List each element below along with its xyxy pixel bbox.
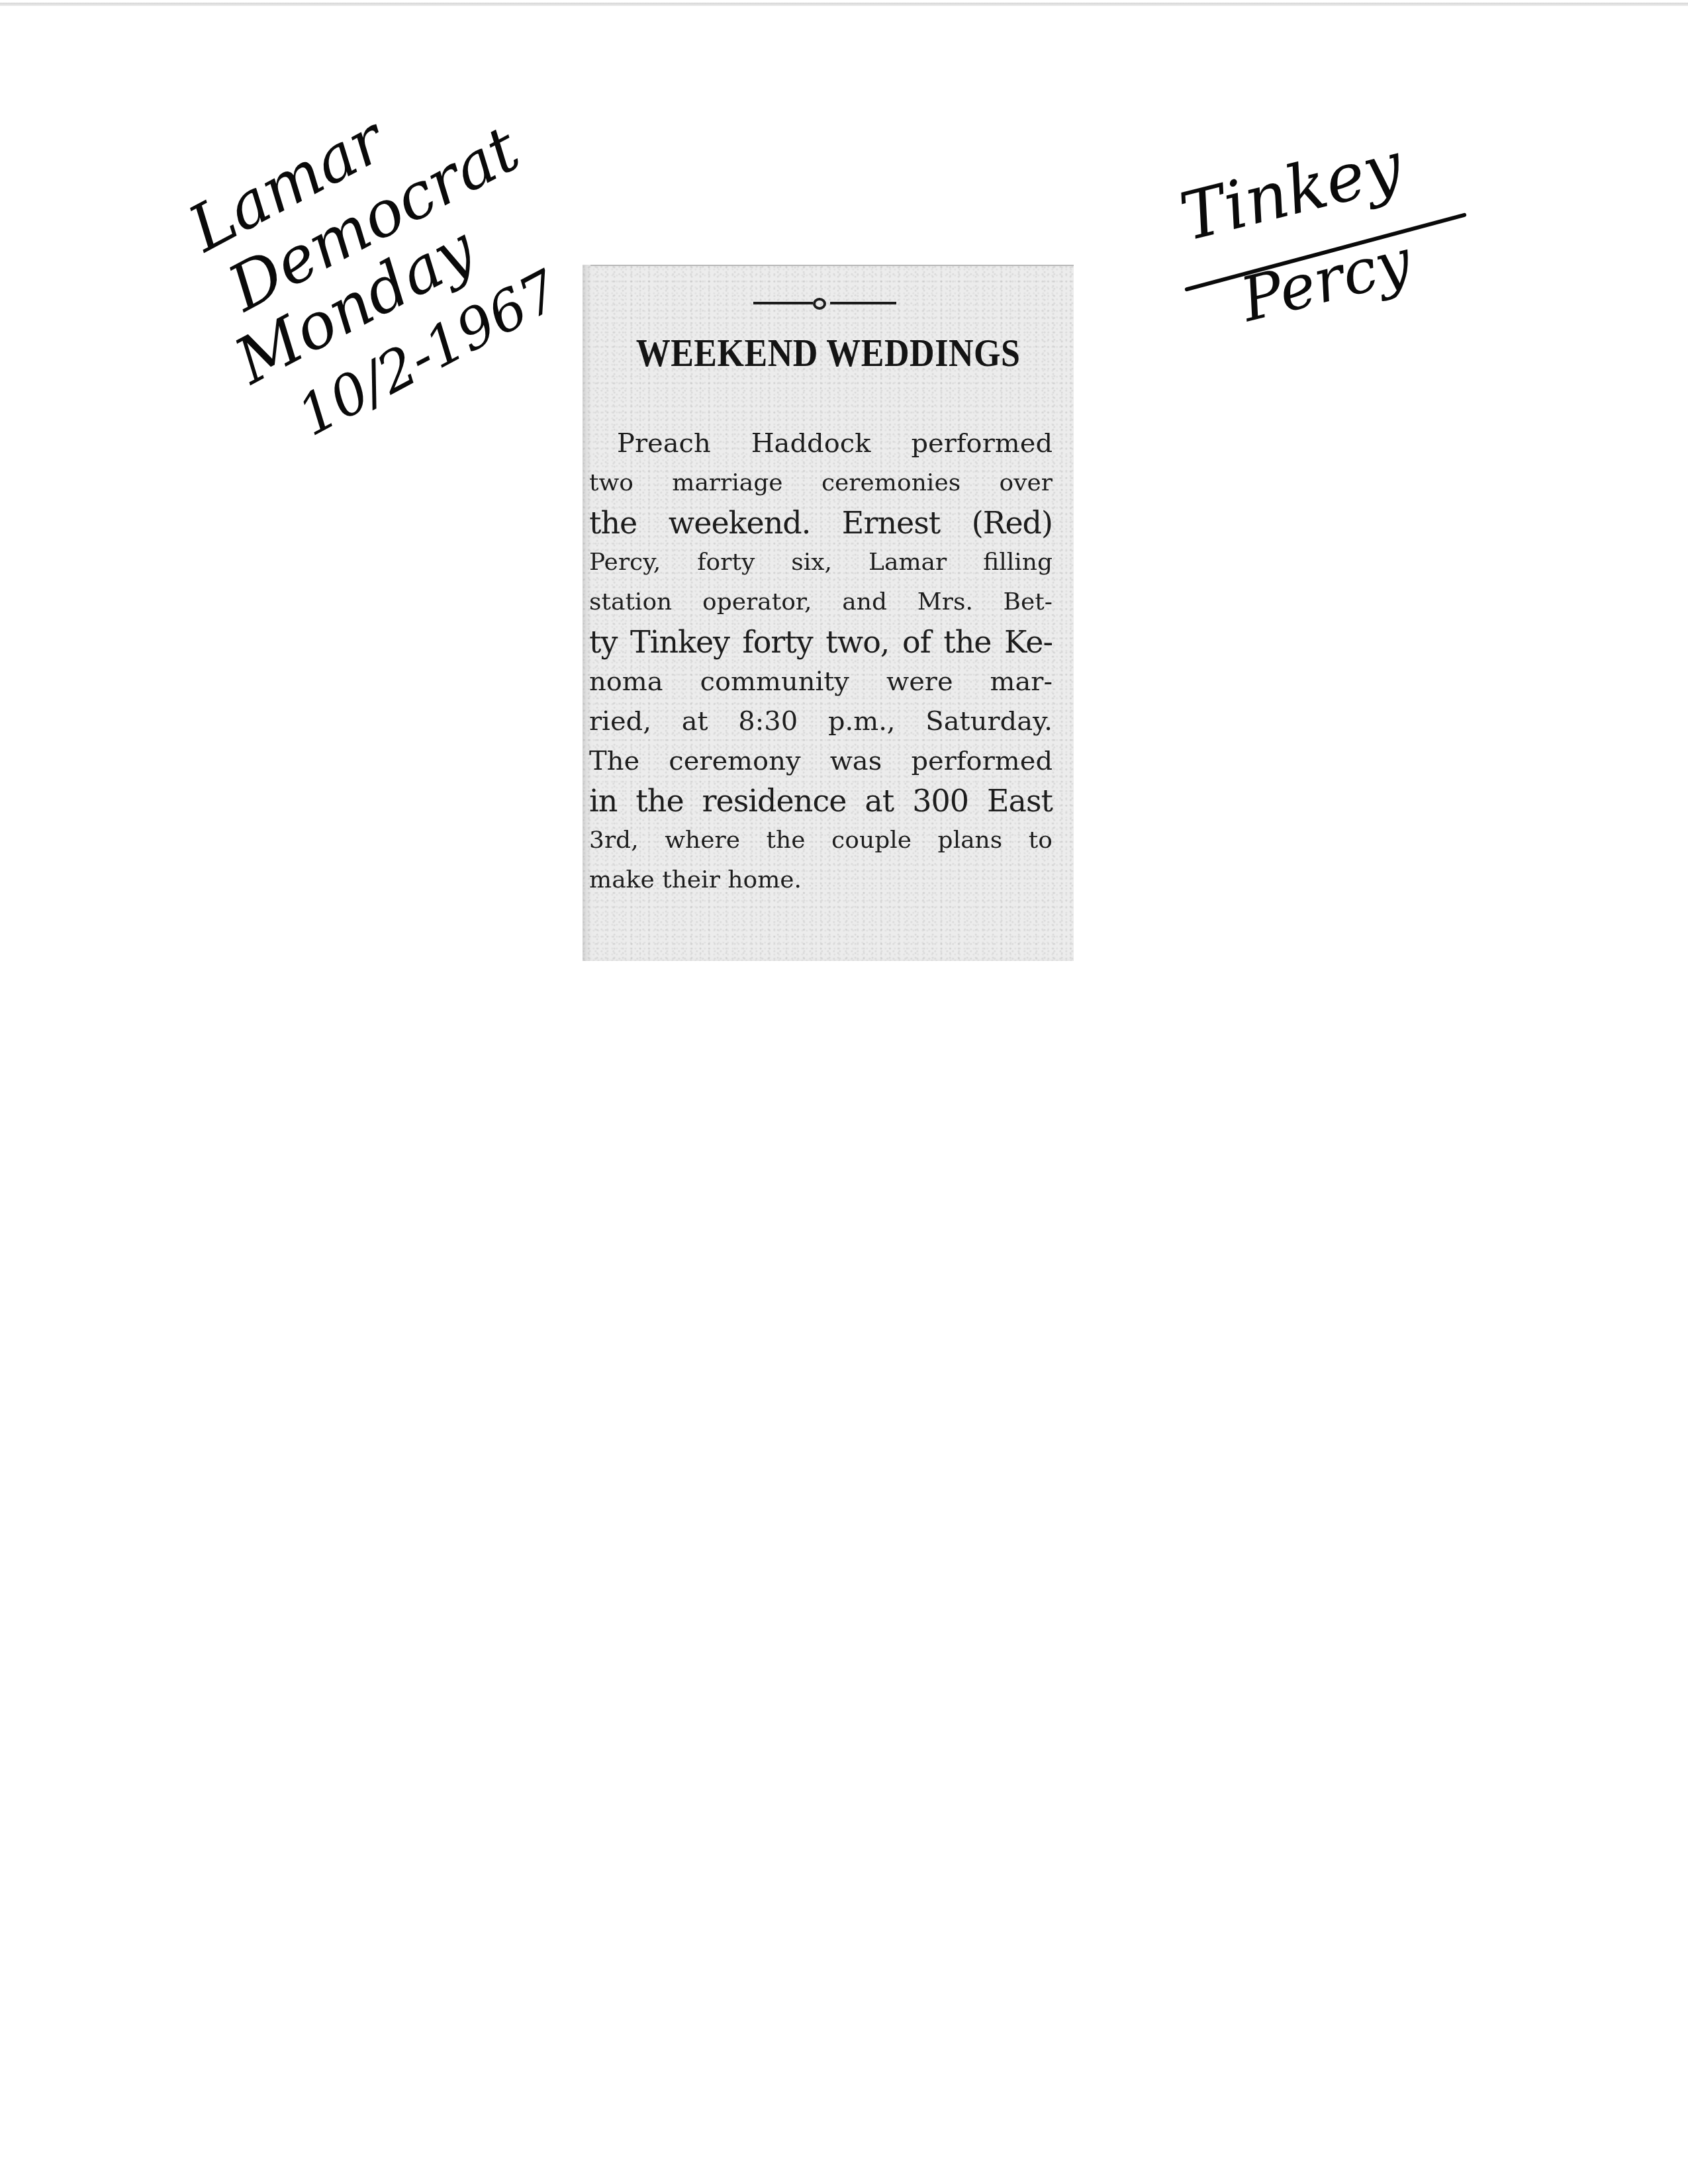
handwritten-source-note: Lamar Democrat Monday 10/2-1967	[199, 152, 543, 443]
scan-edge-line	[0, 3, 1688, 6]
newspaper-clipping: WEEKEND WEDDINGS Preach Haddock performe…	[583, 265, 1074, 961]
clipping-body: Preach Haddock performed two marriage ce…	[589, 424, 1053, 900]
handwritten-name-correction: Tinkey Percy	[1165, 165, 1470, 364]
body-line: ried, at 8:30 p.m., Saturday.	[589, 702, 1053, 741]
body-line: make their home.	[589, 860, 1053, 900]
body-line: station operator, and Mrs. Bet-	[589, 582, 1053, 622]
body-line: Preach Haddock performed	[589, 424, 1053, 463]
body-line: in the residence at 300 East	[589, 781, 1053, 821]
body-line: the weekend. Ernest (Red)	[589, 503, 1053, 543]
body-line: 3rd, where the couple plans to	[589, 821, 1053, 860]
clipping-edge	[590, 265, 1074, 266]
replacement-name: Percy	[1234, 225, 1418, 336]
clipping-headline: WEEKEND WEDDINGS	[583, 332, 1074, 377]
body-line: ty Tinkey forty two, of the Ke-	[589, 622, 1053, 662]
ornament-divider-icon	[753, 298, 896, 307]
body-line: two marriage ceremonies over	[589, 463, 1053, 503]
body-line: Percy, forty six, Lamar filling	[589, 543, 1053, 582]
body-line: The ceremony was performed	[589, 741, 1053, 781]
body-line: noma community were mar-	[589, 662, 1053, 702]
